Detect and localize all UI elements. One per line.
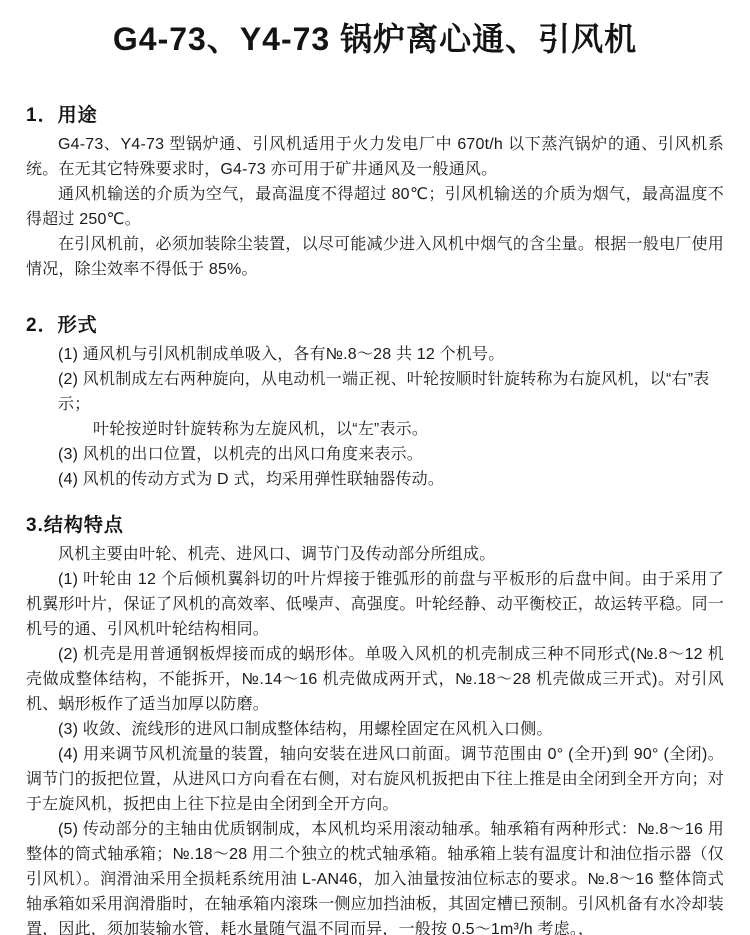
section-structure-heading: 3.结构特点 [26,514,724,538]
structure-list-item-5: (5) 传动部分的主轴由优质钢制成，本风机均采用滚动轴承。轴承箱有两种形式：№.… [26,817,724,935]
section-usage-body: G4-73、Y4-73 型锅炉通、引风机适用于火力发电厂中 670t/h 以下蒸… [26,132,724,282]
section-form-heading: 2．形式 [26,314,724,338]
usage-paragraph-1: G4-73、Y4-73 型锅炉通、引风机适用于火力发电厂中 670t/h 以下蒸… [26,132,724,182]
structure-intro-paragraph: 风机主要由叶轮、机壳、进风口、调节门及传动部分所组成。 [26,542,724,567]
document-page: G4-73、Y4-73 锅炉离心通、引风机 1．用途 G4-73、Y4-73 型… [0,0,750,935]
structure-list-item-3: (3) 收敛、流线形的进风口制成整体结构，用螺栓固定在风机入口侧。 [26,717,724,742]
form-list-item-1: (1) 通风机与引风机制成单吸入，各有№.8～28 共 12 个机号。 [26,342,724,367]
usage-paragraph-2: 通风机输送的介质为空气，最高温度不得超过 80℃；引风机输送的介质为烟气，最高温… [26,182,724,232]
page-title: G4-73、Y4-73 锅炉离心通、引风机 [26,16,724,60]
section-usage-heading: 1．用途 [26,104,724,128]
section-form-body: (1) 通风机与引风机制成单吸入，各有№.8～28 共 12 个机号。 (2) … [26,342,724,492]
section-structure: 3.结构特点 风机主要由叶轮、机壳、进风口、调节门及传动部分所组成。 (1) 叶… [26,514,724,935]
section-usage: 1．用途 G4-73、Y4-73 型锅炉通、引风机适用于火力发电厂中 670t/… [26,104,724,282]
form-list-item-3: (3) 风机的出口位置，以机壳的出风口角度来表示。 [26,442,724,467]
structure-list-item-4: (4) 用来调节风机流量的装置，轴向安装在进风口前面。调节范围由 0° (全开)… [26,742,724,817]
section-form: 2．形式 (1) 通风机与引风机制成单吸入，各有№.8～28 共 12 个机号。… [26,314,724,492]
structure-list-item-2: (2) 机壳是用普通钢板焊接而成的蜗形体。单吸入风机的机壳制成三种不同形式(№.… [26,642,724,717]
section-structure-body: 风机主要由叶轮、机壳、进风口、调节门及传动部分所组成。 (1) 叶轮由 12 个… [26,542,724,935]
form-list-item-2: (2) 风机制成左右两种旋向，从电动机一端正视、叶轮按顺时针旋转称为右旋风机，以… [26,367,724,417]
structure-list-item-1: (1) 叶轮由 12 个后倾机翼斜切的叶片焊接于锥弧形的前盘与平板形的后盘中间。… [26,567,724,642]
form-list-item-2-continuation: 叶轮按逆时针旋转称为左旋风机，以“左”表示。 [26,417,724,442]
form-list-item-4: (4) 风机的传动方式为 D 式，均采用弹性联轴器传动。 [26,467,724,492]
usage-paragraph-3: 在引风机前，必须加装除尘装置，以尽可能减少进入风机中烟气的含尘量。根据一般电厂使… [26,232,724,282]
